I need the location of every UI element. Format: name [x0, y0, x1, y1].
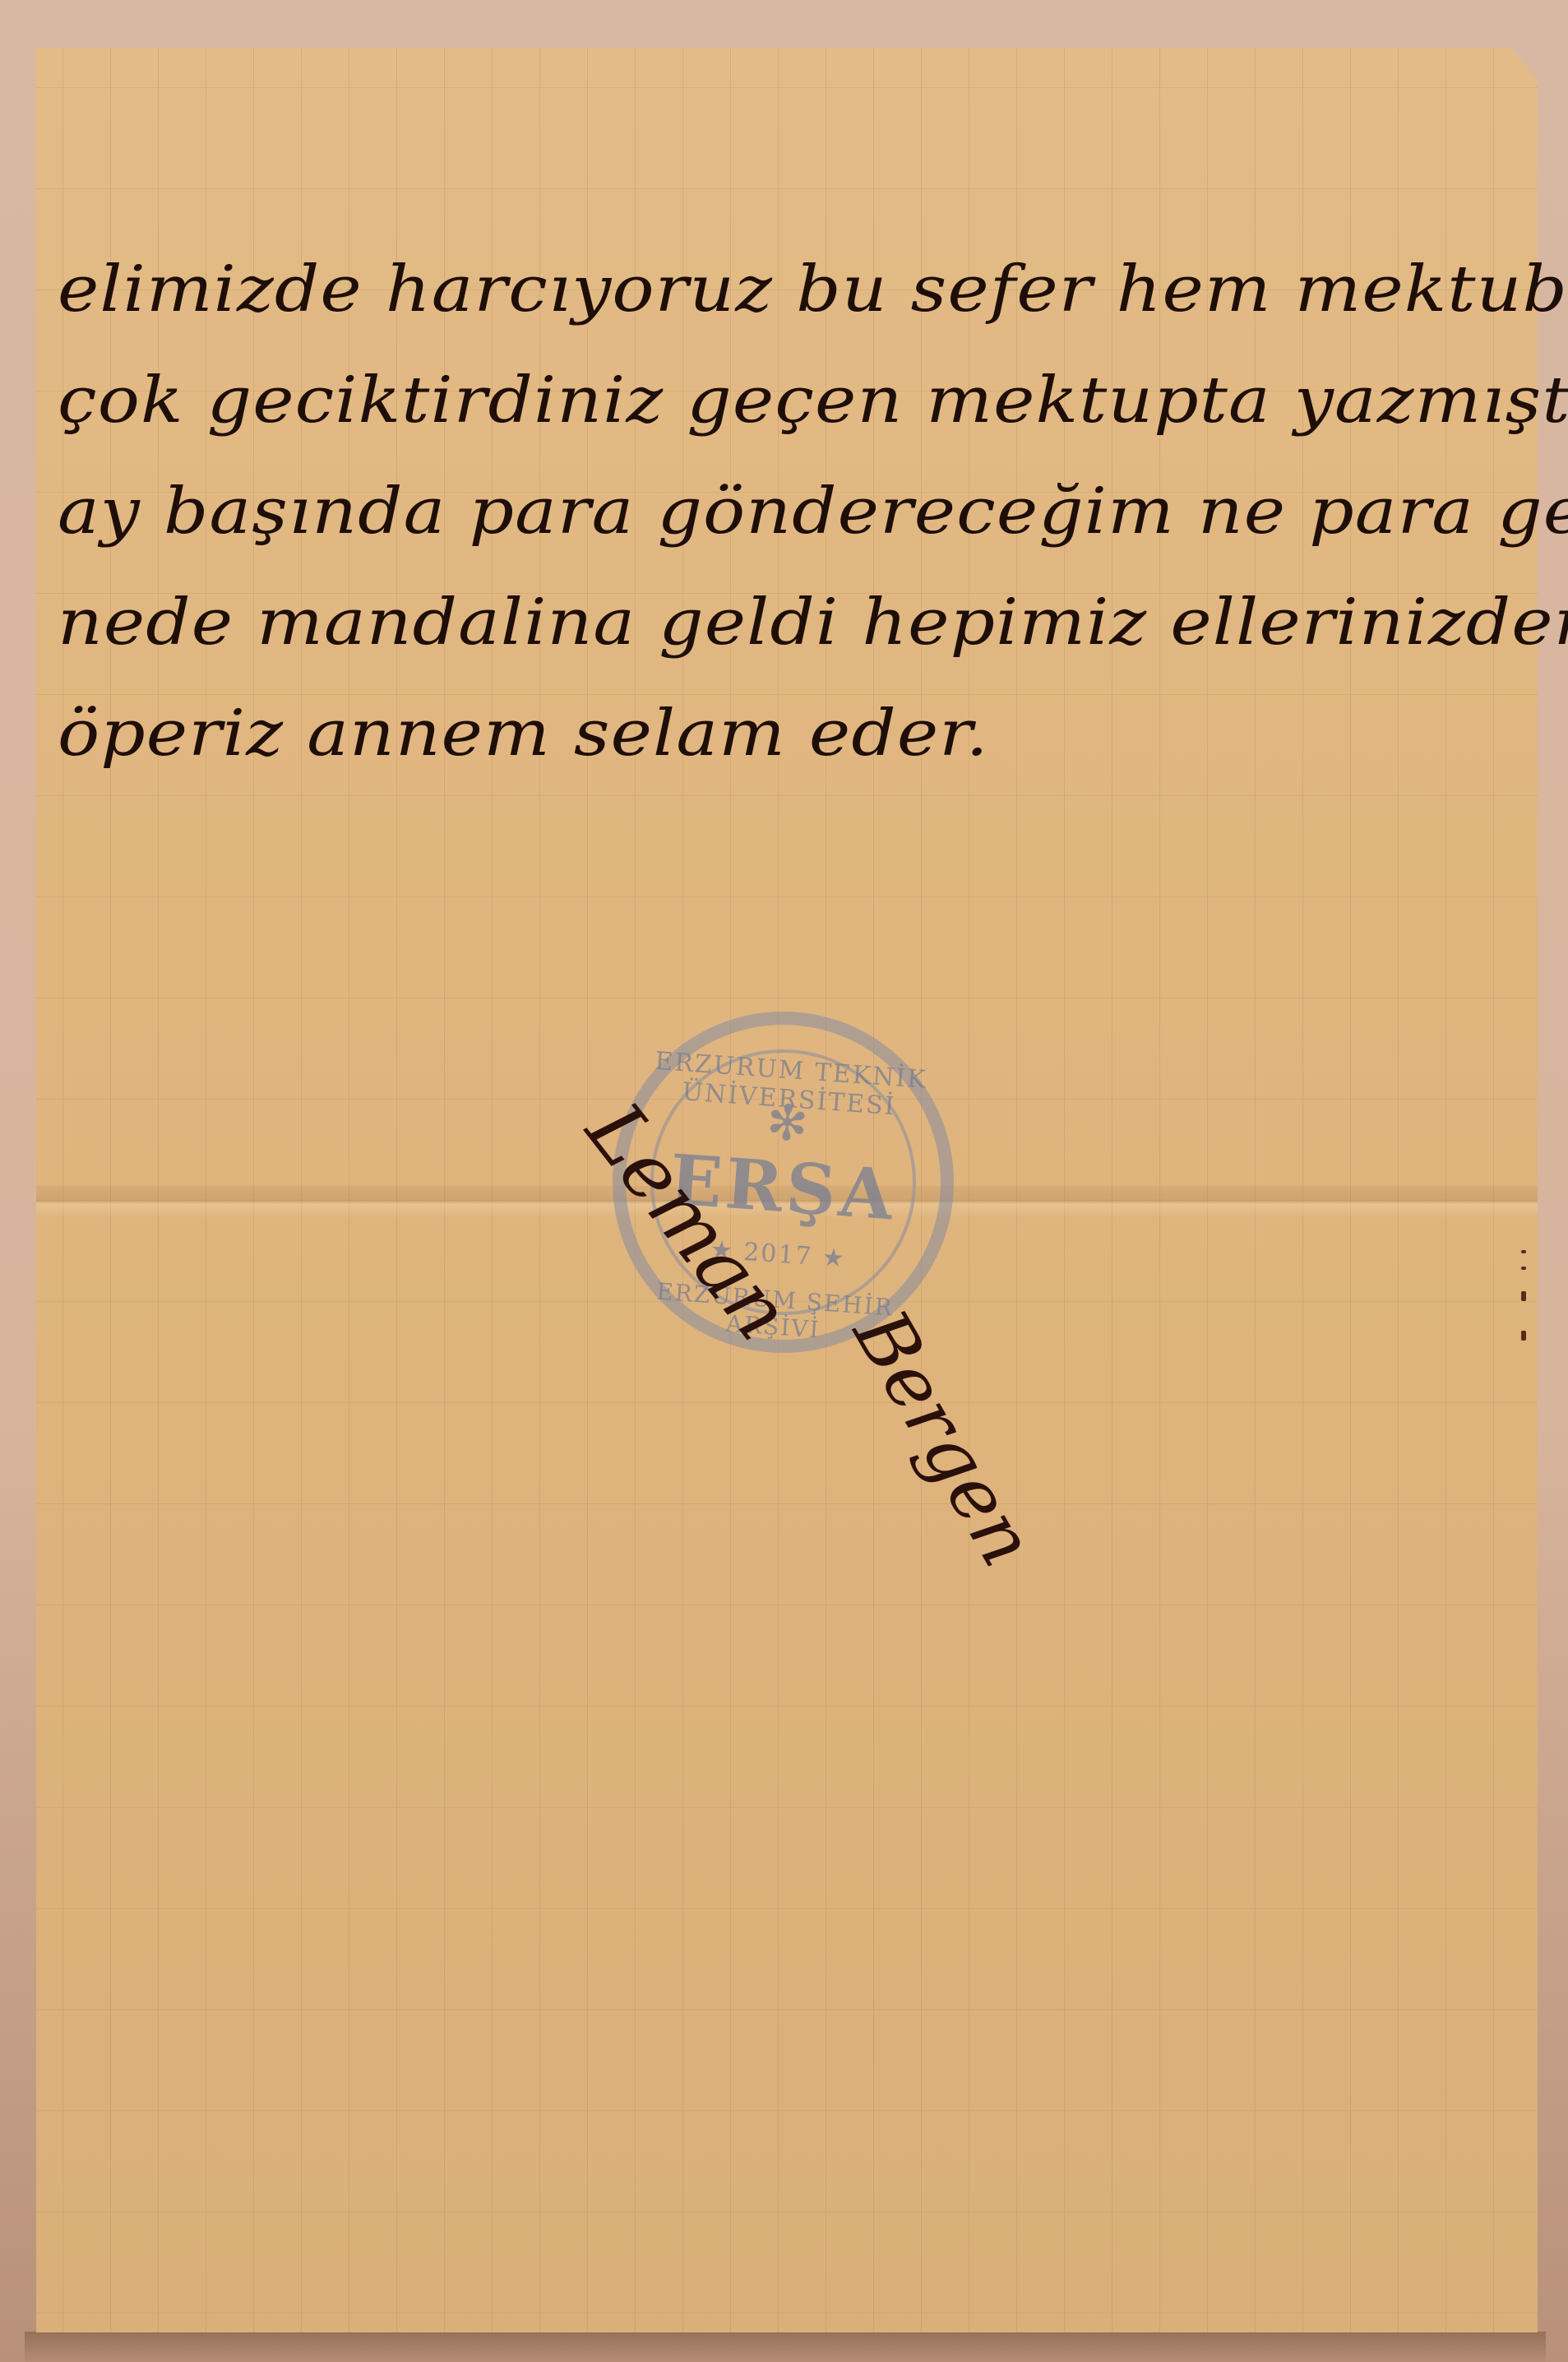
letter-line-1: elimizde harcıyoruz bu sefer hem mektubu… — [58, 234, 1568, 345]
table-shadow — [25, 2332, 1546, 2362]
letter-line-3: ay başında para göndereceğim ne para gel… — [58, 456, 1568, 567]
edge-mark — [1521, 1331, 1526, 1341]
letter-line-5: öperiz annem selam eder. — [58, 678, 1568, 790]
edge-mark — [1521, 1267, 1526, 1270]
edge-mark — [1521, 1250, 1526, 1253]
letter-line-2: çok geciktirdiniz geçen mektupta yazmışt… — [58, 345, 1568, 456]
edge-mark — [1521, 1291, 1526, 1301]
paper-edge-ink-marks — [1521, 1250, 1528, 1349]
letter-body: elimizde harcıyoruz bu sefer hem mektubu… — [58, 234, 1538, 790]
letter-line-4: nede mandalina geldi hepimiz ellerinizde… — [58, 567, 1568, 678]
